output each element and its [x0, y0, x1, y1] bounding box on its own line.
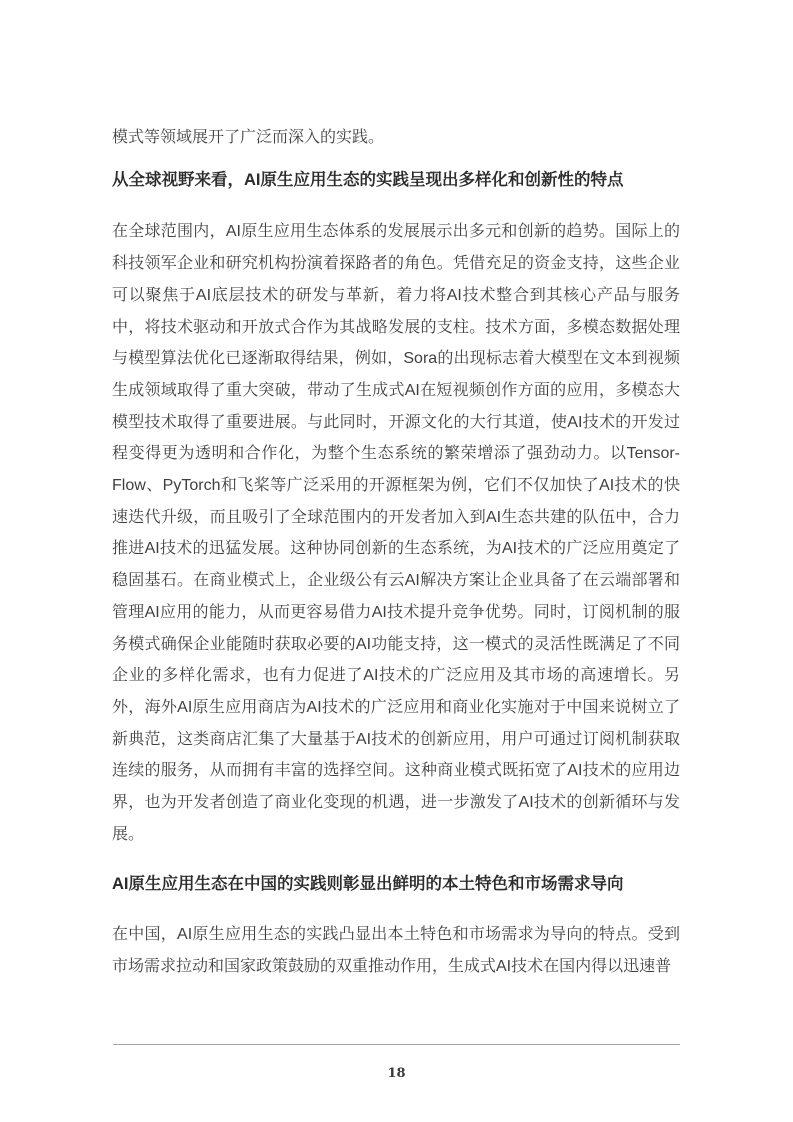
document-page: 模式等领域展开了广泛而深入的实践。 从全球视野来看，AI原生应用生态的实践呈现出… — [0, 0, 793, 1122]
footer-divider — [113, 1044, 680, 1045]
section-paragraph-china-practice: 在中国，AI原生应用生态的实践凸显出本土特色和市场需求为导向的特点。受到市场需求… — [112, 919, 680, 982]
page-content: 模式等领域展开了广泛而深入的实践。 从全球视野来看，AI原生应用生态的实践呈现出… — [112, 122, 680, 983]
paragraph-continuation: 模式等领域展开了广泛而深入的实践。 — [112, 122, 680, 154]
page-number: 18 — [0, 1066, 793, 1081]
section-heading-china-practice: AI原生应用生态在中国的实践则彰显出鲜明的本土特色和市场需求导向 — [112, 869, 680, 901]
section-heading-global-perspective: 从全球视野来看，AI原生应用生态的实践呈现出多样化和创新性的特点 — [112, 165, 680, 197]
section-paragraph-global-perspective: 在全球范围内，AI原生应用生态体系的发展展示出多元和创新的趋势。国际上的科技领军… — [112, 216, 680, 850]
